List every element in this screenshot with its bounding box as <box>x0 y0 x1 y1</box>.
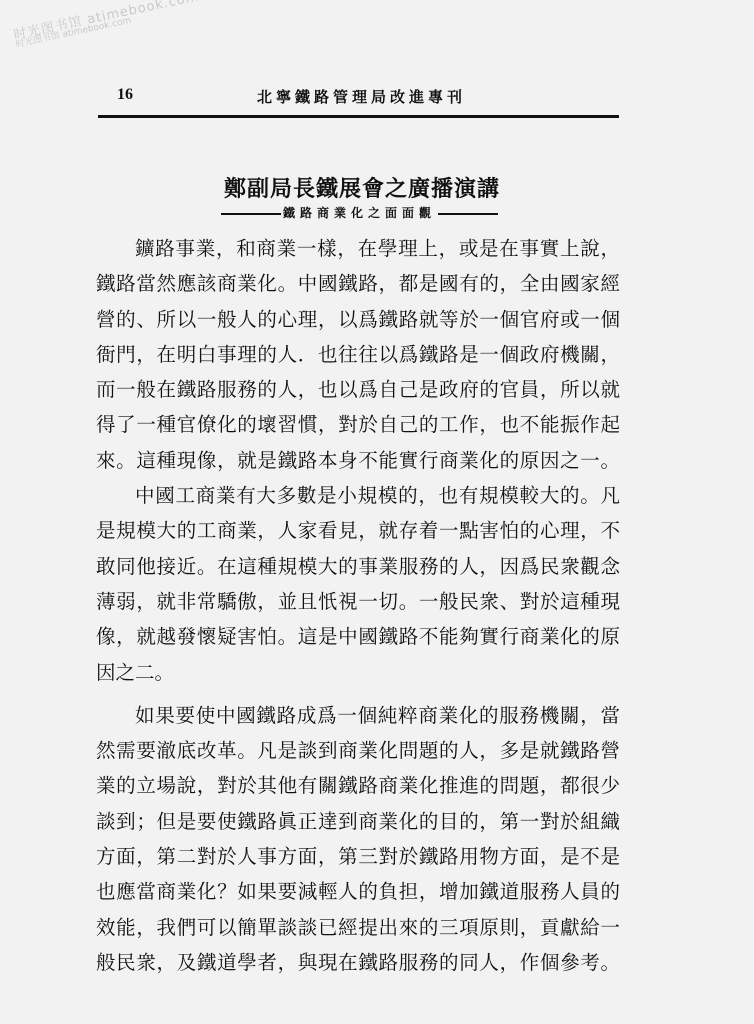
paragraph-1: 鑛路事業，和商業一樣，在學理上，或是在事實上說， 鐵路當然應該商業化。中國鐵路，… <box>96 231 620 478</box>
text-line: 因之二。 <box>96 655 620 690</box>
article-title: 鄭副局長鐵展會之廣播演講 <box>0 172 754 203</box>
text-line: 是規模大的工商業，人家看見，就存着一點害怕的心理，不 <box>96 513 620 548</box>
text-line: 得了一種官僚化的壞習慣，對於自己的工作，也不能振作起 <box>96 407 620 442</box>
text-line: 般民衆，及鐵道學者，與現在鐵路服務的同人，作個參考。 <box>96 945 620 980</box>
paragraph-2: 中國工商業有大多數是小規模的，也有規模較大的。凡 是規模大的工商業，人家看見，就… <box>96 478 620 690</box>
text-line: 中國工商業有大多數是小規模的，也有規模較大的。凡 <box>96 478 620 513</box>
article-subtitle: 鐵路商業化之面面觀 <box>219 204 500 221</box>
text-line: 來。這種現像，就是鐵路本身不能實行商業化的原因之一。 <box>96 443 620 478</box>
text-line: 然需要澈底改革。凡是談到商業化問題的人，多是就鐵路營 <box>96 733 620 768</box>
text-line: 衙門，在明白事理的人．也往往以爲鐵路是一個政府機關， <box>96 337 620 372</box>
text-line: 薄弱，就非常驕傲，並且忯視一切。一般民衆、對於這種現 <box>96 584 620 619</box>
text-line: 業的立場說，對於其他有關鐵路商業化推進的問題，都很少 <box>96 768 620 803</box>
header-rule-divider <box>98 115 619 118</box>
watermark: 时光图书馆 atimebook.com 时光图书馆 atimebook.com <box>8 0 198 33</box>
running-title: 北寧鐵路管理局改進專刊 <box>257 86 466 107</box>
subtitle-dash-left <box>221 213 281 215</box>
text-line: 方面，第二對於人事方面，第三對於鐵路用物方面，是不是 <box>96 839 620 874</box>
text-line: 營的、所以一般人的心理，以爲鐵路就等於一個官府或一個 <box>96 302 620 337</box>
text-line: 鑛路事業，和商業一樣，在學理上，或是在事實上說， <box>96 231 620 266</box>
article-subtitle-text: 鐵路商業化之面面觀 <box>283 206 436 220</box>
text-line: 如果要使中國鐵路成爲一個純粹商業化的服務機關，當 <box>96 698 620 733</box>
text-line: 也應當商業化？如果要減輕人的負担，增加鐵道服務人員的 <box>96 874 620 909</box>
text-line: 像，就越發懷疑害怕。這是中國鐵路不能夠實行商業化的原 <box>96 619 620 654</box>
article-body: 鑛路事業，和商業一樣，在學理上，或是在事實上說， 鐵路當然應該商業化。中國鐵路，… <box>96 231 620 980</box>
subtitle-dash-right <box>438 213 498 215</box>
page-number: 16 <box>117 86 133 104</box>
text-line: 談到；但是要使鐵路眞正達到商業化的目的，第一對於組織 <box>96 804 620 839</box>
paragraph-3: 如果要使中國鐵路成爲一個純粹商業化的服務機關，當 然需要澈底改革。凡是談到商業化… <box>96 698 620 980</box>
text-line: 效能，我們可以簡單談談已經提出來的三項原則，貢獻給一 <box>96 910 620 945</box>
text-line: 而一般在鐵路服務的人，也以爲自己是政府的官員，所以就 <box>96 372 620 407</box>
paragraph-gap <box>96 690 620 698</box>
page-header: 16 北寧鐵路管理局改進專刊 <box>117 86 617 114</box>
text-line: 鐵路當然應該商業化。中國鐵路，都是國有的，全由國家經 <box>96 266 620 301</box>
article-title-text: 鄭副局長鐵展會之廣播演講 <box>224 176 500 202</box>
text-line: 敢同他接近。在這種規模大的事業服務的人，因爲民衆觀念 <box>96 549 620 584</box>
